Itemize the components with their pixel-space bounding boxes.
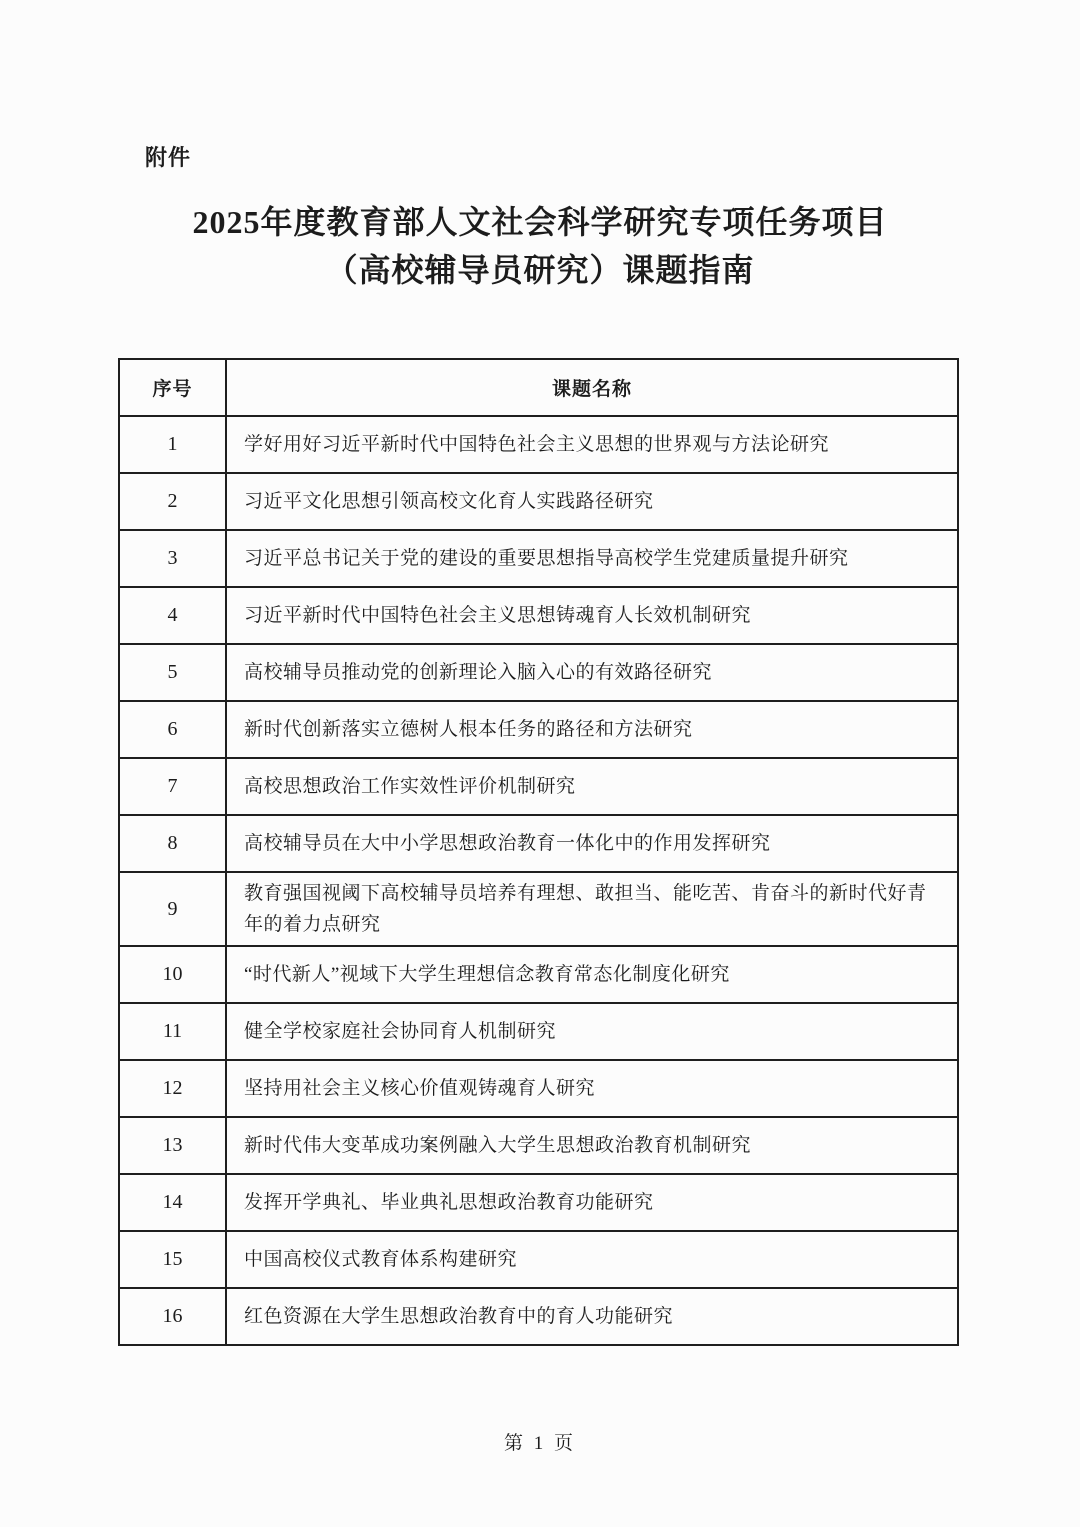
table-header-row: 序号 课题名称 <box>119 359 958 416</box>
row-serial-number: 9 <box>119 872 226 946</box>
table-row: 9教育强国视阈下高校辅导员培养有理想、敢担当、能吃苦、肯奋斗的新时代好青年的着力… <box>119 872 958 946</box>
header-topic-name: 课题名称 <box>226 359 958 416</box>
row-serial-number: 8 <box>119 815 226 872</box>
table-row: 5高校辅导员推动党的创新理论入脑入心的有效路径研究 <box>119 644 958 701</box>
row-serial-number: 14 <box>119 1174 226 1231</box>
table-row: 3习近平总书记关于党的建设的重要思想指导高校学生党建质量提升研究 <box>119 530 958 587</box>
document-page: 附件 2025年度教育部人文社会科学研究专项任务项目 （高校辅导员研究）课题指南… <box>0 0 1080 1527</box>
row-serial-number: 2 <box>119 473 226 530</box>
row-serial-number: 16 <box>119 1288 226 1345</box>
table-row: 12坚持用社会主义核心价值观铸魂育人研究 <box>119 1060 958 1117</box>
table-row: 1学好用好习近平新时代中国特色社会主义思想的世界观与方法论研究 <box>119 416 958 473</box>
row-serial-number: 5 <box>119 644 226 701</box>
row-topic-name: 中国高校仪式教育体系构建研究 <box>226 1231 958 1288</box>
table-row: 13新时代伟大变革成功案例融入大学生思想政治教育机制研究 <box>119 1117 958 1174</box>
table-row: 11健全学校家庭社会协同育人机制研究 <box>119 1003 958 1060</box>
header-serial-number: 序号 <box>119 359 226 416</box>
row-topic-name: 教育强国视阈下高校辅导员培养有理想、敢担当、能吃苦、肯奋斗的新时代好青年的着力点… <box>226 872 958 946</box>
row-topic-name: 新时代伟大变革成功案例融入大学生思想政治教育机制研究 <box>226 1117 958 1174</box>
row-topic-name: 坚持用社会主义核心价值观铸魂育人研究 <box>226 1060 958 1117</box>
topics-table: 序号 课题名称 1学好用好习近平新时代中国特色社会主义思想的世界观与方法论研究2… <box>118 358 959 1346</box>
title-line-2: （高校辅导员研究）课题指南 <box>0 246 1080 294</box>
row-serial-number: 3 <box>119 530 226 587</box>
attachment-label: 附件 <box>145 141 191 172</box>
row-topic-name: 习近平总书记关于党的建设的重要思想指导高校学生党建质量提升研究 <box>226 530 958 587</box>
row-topic-name: 习近平新时代中国特色社会主义思想铸魂育人长效机制研究 <box>226 587 958 644</box>
row-topic-name: 健全学校家庭社会协同育人机制研究 <box>226 1003 958 1060</box>
row-topic-name: 习近平文化思想引领高校文化育人实践路径研究 <box>226 473 958 530</box>
page-number: 第 1 页 <box>0 1428 1080 1455</box>
table-row: 7高校思想政治工作实效性评价机制研究 <box>119 758 958 815</box>
table-row: 2习近平文化思想引领高校文化育人实践路径研究 <box>119 473 958 530</box>
row-topic-name: 新时代创新落实立德树人根本任务的路径和方法研究 <box>226 701 958 758</box>
table-row: 14发挥开学典礼、毕业典礼思想政治教育功能研究 <box>119 1174 958 1231</box>
row-serial-number: 1 <box>119 416 226 473</box>
table-row: 4习近平新时代中国特色社会主义思想铸魂育人长效机制研究 <box>119 587 958 644</box>
document-title: 2025年度教育部人文社会科学研究专项任务项目 （高校辅导员研究）课题指南 <box>0 198 1080 294</box>
table-row: 10“时代新人”视域下大学生理想信念教育常态化制度化研究 <box>119 946 958 1003</box>
title-line-1: 2025年度教育部人文社会科学研究专项任务项目 <box>0 198 1080 246</box>
row-topic-name: 高校思想政治工作实效性评价机制研究 <box>226 758 958 815</box>
table-row: 8高校辅导员在大中小学思想政治教育一体化中的作用发挥研究 <box>119 815 958 872</box>
row-topic-name: 发挥开学典礼、毕业典礼思想政治教育功能研究 <box>226 1174 958 1231</box>
row-topic-name: 红色资源在大学生思想政治教育中的育人功能研究 <box>226 1288 958 1345</box>
row-topic-name: 高校辅导员推动党的创新理论入脑入心的有效路径研究 <box>226 644 958 701</box>
row-topic-name: 高校辅导员在大中小学思想政治教育一体化中的作用发挥研究 <box>226 815 958 872</box>
table-row: 6新时代创新落实立德树人根本任务的路径和方法研究 <box>119 701 958 758</box>
row-serial-number: 7 <box>119 758 226 815</box>
row-serial-number: 13 <box>119 1117 226 1174</box>
topics-table-body: 1学好用好习近平新时代中国特色社会主义思想的世界观与方法论研究2习近平文化思想引… <box>119 416 958 1345</box>
row-topic-name: “时代新人”视域下大学生理想信念教育常态化制度化研究 <box>226 946 958 1003</box>
row-serial-number: 11 <box>119 1003 226 1060</box>
table-row: 15中国高校仪式教育体系构建研究 <box>119 1231 958 1288</box>
row-serial-number: 10 <box>119 946 226 1003</box>
row-serial-number: 4 <box>119 587 226 644</box>
row-topic-name: 学好用好习近平新时代中国特色社会主义思想的世界观与方法论研究 <box>226 416 958 473</box>
row-serial-number: 6 <box>119 701 226 758</box>
table-row: 16红色资源在大学生思想政治教育中的育人功能研究 <box>119 1288 958 1345</box>
row-serial-number: 12 <box>119 1060 226 1117</box>
row-serial-number: 15 <box>119 1231 226 1288</box>
